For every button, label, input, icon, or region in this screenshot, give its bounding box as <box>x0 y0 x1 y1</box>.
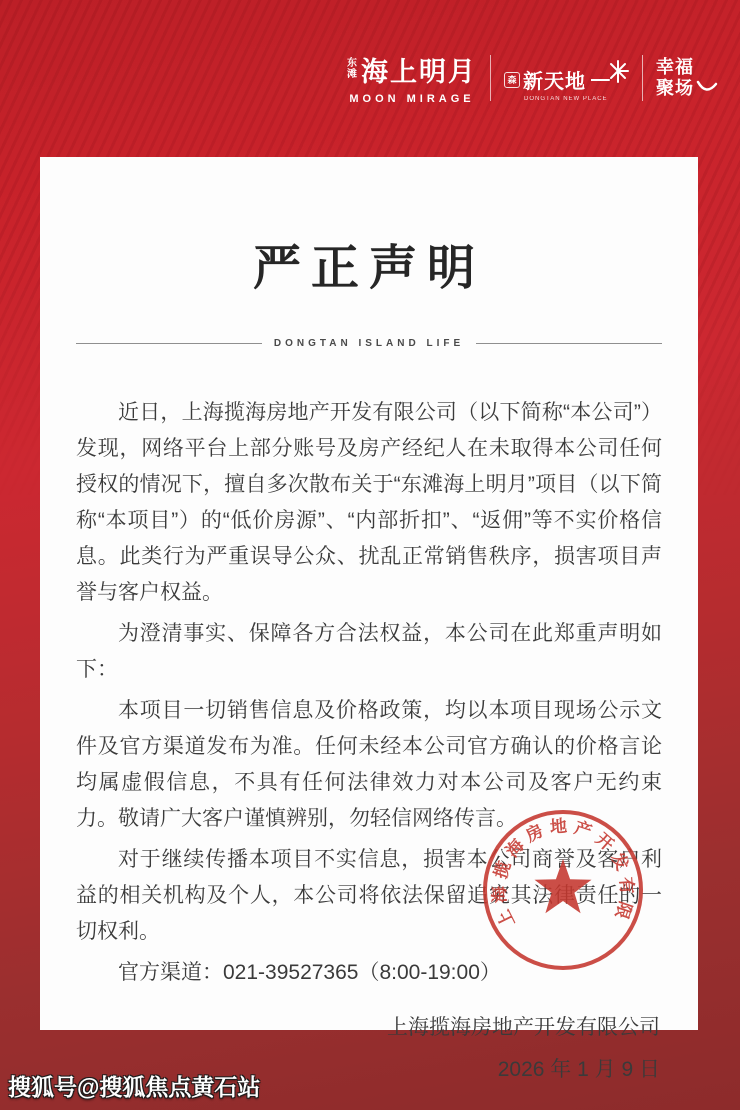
svg-text:上海揽海房地产开发有限公司: 上海揽海房地产开发有限公司 <box>478 805 637 931</box>
xintiandi-badge: 森 <box>504 72 520 88</box>
happiness-char-1: 幸 <box>656 57 675 77</box>
signature-block: 上海揽海房地产开发有限公司 2026 年 1 月 9 日 <box>76 1013 662 1085</box>
moon-mirage-en-name: MOON MIRAGE <box>349 93 474 105</box>
xintiandi-logo: 森 新天地 DONGTAN NEW PLACE <box>504 65 629 102</box>
moon-mirage-logo: 东 滩 海上明月 MOON MIRAGE <box>347 50 477 105</box>
logo-separator <box>642 55 643 101</box>
seal-star <box>535 859 592 913</box>
divider-line-left <box>76 343 262 344</box>
happiness-char-4: 场 <box>675 78 694 98</box>
title-divider: DONGTAN ISLAND LIFE <box>76 338 662 349</box>
company-seal-stamp: 上海揽海房地产开发有限公司 <box>478 805 648 975</box>
divider-line-right <box>476 343 662 344</box>
statement-title: 严正声明 <box>76 229 662 298</box>
xintiandi-en-name: DONGTAN NEW PLACE <box>524 96 608 102</box>
dongtan-prefix-char-1: 东 <box>347 59 357 70</box>
moon-mirage-cn-name: 海上明月 <box>361 50 477 89</box>
statement-subtitle: DONGTAN ISLAND LIFE <box>262 338 476 349</box>
seal-text: 上海揽海房地产开发有限公司 <box>478 805 637 931</box>
dongtan-prefix-char-2: 滩 <box>347 70 357 81</box>
signature-company: 上海揽海房地产开发有限公司 <box>76 1013 660 1043</box>
logo-separator <box>490 55 491 101</box>
paragraph-1: 近日，上海揽海房地产开发有限公司（以下简称“本公司”）发现，网络平台上部分账号及… <box>76 395 662 611</box>
smile-swoosh-icon <box>696 80 718 96</box>
paragraph-2: 为澄清事实、保障各方合法权益，本公司在此郑重声明如下： <box>76 616 662 688</box>
happiness-plaza-logo: 幸 福 聚 场 <box>656 57 718 97</box>
signature-date: 2026 年 1 月 9 日 <box>76 1055 660 1085</box>
firework-icon <box>591 58 629 92</box>
dongtan-prefix: 东 滩 <box>347 59 357 80</box>
xintiandi-cn-name: 新天地 <box>523 65 586 94</box>
header-logos: 东 滩 海上明月 MOON MIRAGE 森 新天地 <box>347 50 718 105</box>
happiness-char-3: 聚 <box>656 78 675 98</box>
statement-card: 严正声明 DONGTAN ISLAND LIFE 近日，上海揽海房地产开发有限公… <box>40 157 698 1030</box>
happiness-char-2: 福 <box>675 57 694 77</box>
